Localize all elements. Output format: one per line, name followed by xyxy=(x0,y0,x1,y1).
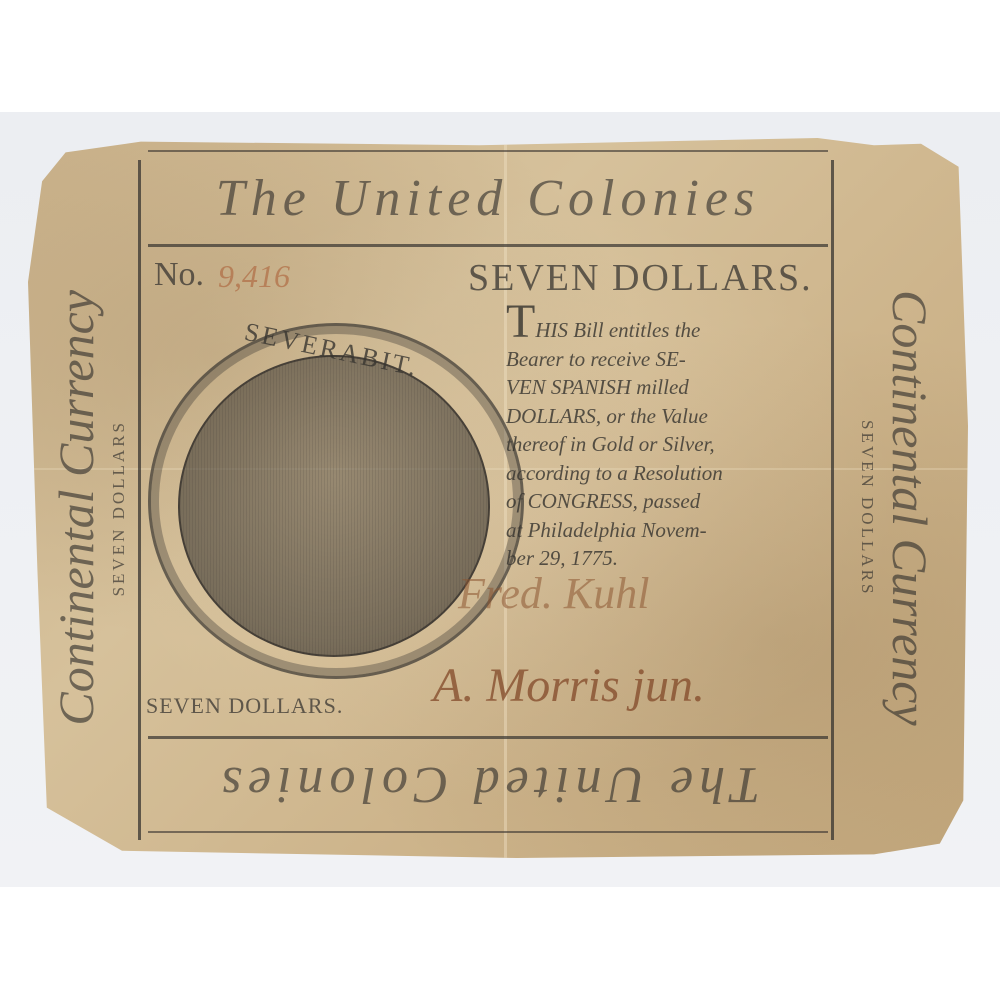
left-border-text: Continental Currency xyxy=(47,290,105,726)
bill-text-line: Bearer to receive SE- xyxy=(506,345,826,374)
top-ornamental-band: The United Colonies xyxy=(148,150,828,247)
bill-text-line: DOLLARS, or the Value xyxy=(506,402,826,431)
bill-text-line: at Philadelphia Novem- xyxy=(506,516,826,545)
bill-text-line: of CONGRESS, passed xyxy=(506,487,826,516)
bill-text: THIS Bill entitles the Bearer to receive… xyxy=(506,308,826,573)
right-border-small-text: SEVEN DOLLARS xyxy=(857,420,877,596)
left-border-small-text: SEVEN DOLLARS xyxy=(109,420,129,596)
bill-text-line: thereof in Gold or Silver, xyxy=(506,430,826,459)
serial-row: No. 9,416 SEVEN DOLLARS. xyxy=(148,256,828,296)
banknote: The United Colonies The United Colonies … xyxy=(28,138,968,858)
seal-emblem: SEVERABIT. xyxy=(148,323,528,683)
top-band-text: The United Colonies xyxy=(216,169,760,228)
bill-text-line: according to a Resolution xyxy=(506,459,826,488)
bottom-denomination: SEVEN DOLLARS. xyxy=(146,693,343,719)
serial-number: 9,416 xyxy=(218,258,290,295)
signature-kuhl: Fred. Kuhl xyxy=(458,568,649,619)
bill-text-line: VEN SPANISH milled xyxy=(506,373,826,402)
left-border: Continental Currency SEVEN DOLLARS xyxy=(46,228,134,788)
bottom-ornamental-band: The United Colonies xyxy=(148,736,828,833)
right-border-text: Continental Currency xyxy=(881,290,939,726)
signature-morris: A. Morris jun. xyxy=(433,658,705,713)
bill-text-line: THIS Bill entitles the xyxy=(506,308,826,345)
denomination-title: SEVEN DOLLARS. xyxy=(468,256,813,300)
seal-engraving-icon xyxy=(178,355,490,657)
right-border: SEVEN DOLLARS Continental Currency xyxy=(852,228,940,788)
serial-label: No. xyxy=(154,256,204,294)
bottom-band-text: The United Colonies xyxy=(216,756,760,815)
